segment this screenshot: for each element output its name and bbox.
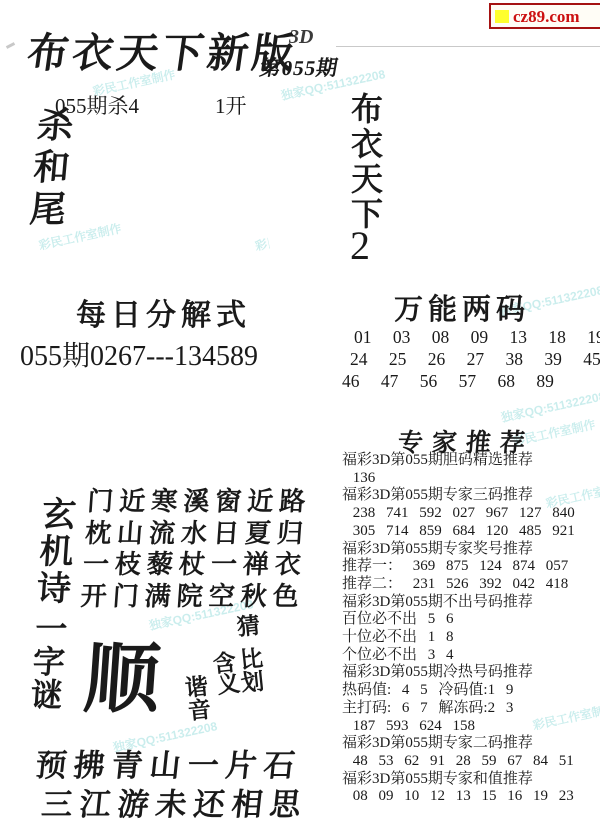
expert-line: 187 593 624 158 — [342, 718, 600, 736]
expert-line: 百位必不出 5 6 — [342, 611, 600, 629]
expert-line: 福彩3D第055期专家奖号推荐 — [342, 541, 600, 559]
universal-two-codes-title: 万能两码 — [394, 287, 530, 328]
mystery-poem-line: 一枝藜杖一禅衣 — [82, 549, 308, 581]
mystery-poem-line: 门近寒溪窗近路 — [86, 486, 312, 518]
divider-line — [336, 46, 600, 47]
daily-decomposition-value: 055期0267---134589 — [20, 334, 258, 374]
badge-square-icon — [495, 10, 509, 23]
two-codes-row: 24 25 26 27 38 39 45? — [340, 348, 600, 370]
mystery-poem-label: 玄机诗 — [24, 496, 81, 607]
expert-line: 个位必不出 3 4 — [342, 647, 600, 665]
site-badge[interactable]: cz89.com — [489, 3, 600, 29]
expert-line: 推荐二： 231 526 392 042 418 — [342, 576, 600, 594]
riddle-hint-char: 划 — [240, 670, 265, 695]
edition-label: 3D — [289, 26, 313, 49]
expert-line: 福彩3D第055期专家和值推荐 — [342, 771, 600, 789]
expert-line: 热码值: 4 5 冷码值:1 9 — [342, 682, 600, 700]
riddle-hint-char: 猜 — [236, 614, 261, 639]
daily-decomposition-title: 每日分解式 — [76, 290, 251, 334]
expert-line: 福彩3D第055期不出号码推荐 — [342, 594, 600, 612]
expert-line: 305 714 859 684 120 485 921 — [342, 523, 600, 541]
kill-open-text: 1开 — [215, 90, 247, 120]
mystery-poem-line: 开门满院空秋色 — [80, 581, 306, 613]
expert-line: 福彩3D第055期专家三码推荐 — [342, 487, 600, 505]
riddle-hint-char: 义 — [216, 672, 241, 697]
expert-line: 福彩3D第055期冷热号码推荐 — [342, 664, 600, 682]
prediction-sheet: 彩民工作室制作 独家QQ:511322208 彩民工作室制作 彩民工作室制作 独… — [0, 0, 600, 838]
expert-line: 主打码: 6 7 解冻码:2 3 — [342, 700, 600, 718]
mystery-poem: 门近寒溪窗近路 枕山流水日夏归 一枝藜杖一禅衣 开门满院空秋色 — [80, 486, 313, 612]
two-codes-row: 01 03 08 09 13 18 19? — [340, 326, 600, 348]
mystery-poem-line: 枕山流水日夏归 — [84, 518, 310, 550]
watermark: 彩民工作室制作 — [253, 235, 270, 255]
expert-line: 48 53 62 91 28 59 67 84 51 — [342, 753, 600, 771]
expert-list: 福彩3D第055期胆码精选推荐 136 福彩3D第055期专家三码推荐 238 … — [342, 452, 600, 806]
kill-vertical-label: 杀和尾 — [18, 106, 80, 232]
brand-vertical-label: 布衣天下 — [342, 92, 388, 232]
riddle-hint-char: 音 — [187, 698, 212, 723]
expert-line: 136 — [342, 470, 600, 488]
brand-number: 2 — [350, 222, 370, 269]
universal-two-codes-grid: 01 03 08 09 13 18 19? 24 25 26 27 38 39 … — [340, 326, 600, 392]
bottom-poem-line: 三江游未还相思 — [40, 779, 311, 824]
ink-speck — [6, 42, 15, 49]
expert-line: 238 741 592 027 967 127 840 — [342, 505, 600, 523]
two-codes-row: 46 47 56 57 68 89 — [340, 370, 600, 392]
riddle-label: 一字谜 — [21, 612, 74, 711]
expert-line: 福彩3D第055期胆码精选推荐 — [342, 452, 600, 470]
expert-line: 08 09 10 12 13 15 16 19 23 — [342, 788, 600, 806]
expert-line: 推荐一： 369 875 124 874 057 — [342, 558, 600, 576]
expert-line: 福彩3D第055期专家二码推荐 — [342, 735, 600, 753]
expert-line: 十位必不出 1 8 — [342, 629, 600, 647]
riddle-answer: 顺 — [81, 642, 162, 718]
issue-label: 第055期 — [257, 52, 341, 82]
site-url: cz89.com — [513, 8, 580, 25]
